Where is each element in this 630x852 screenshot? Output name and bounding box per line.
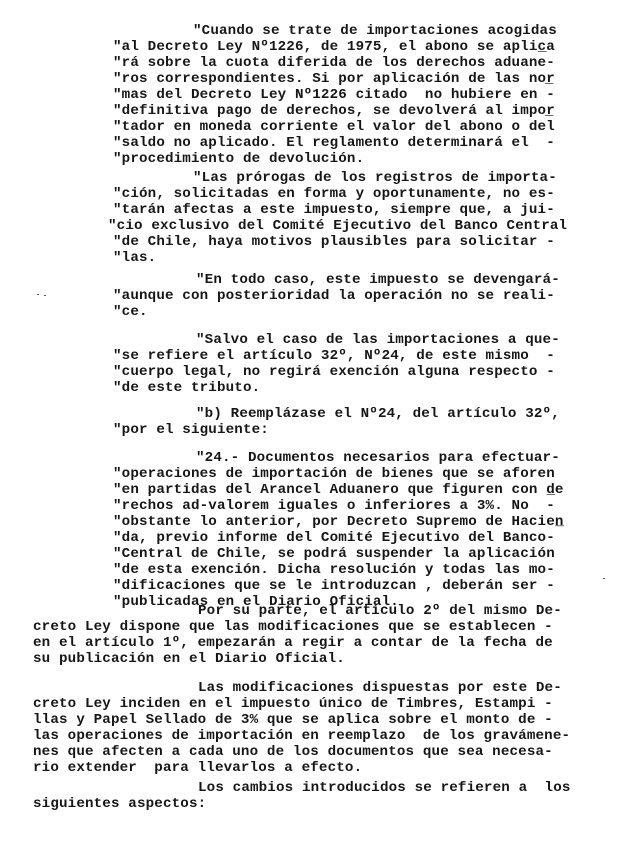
paragraph-8-line-5: nes que afecten a cada uno de los docume…	[33, 744, 553, 760]
paragraph-1-line-9: "procedimiento de devolución.	[113, 151, 364, 167]
paragraph-1-line-1: "Cuando se trate de importaciones acogid…	[193, 23, 557, 39]
paragraph-6-line-3: "en partidas del Arancel Aduanero que fi…	[113, 482, 564, 498]
paragraph-1-line-5: "mas del Decreto Ley Nº1226 citado no hu…	[113, 87, 555, 103]
paragraph-8-line-4: las operaciones de importación en reempl…	[33, 728, 570, 744]
paragraph-7-line-1: Por su parte, el artículo 2º del mismo D…	[198, 603, 562, 619]
paragraph-1-line-6: "definitiva pago de derechos, se devolve…	[113, 103, 555, 119]
paragraph-6-line-1: "24.- Documentos necesarios para efectua…	[196, 450, 560, 466]
paragraph-6-line-9: "dificaciones que se le introduzcan , de…	[113, 578, 555, 594]
paragraph-6-line-7: "Central de Chile, se podrá suspender la…	[113, 546, 555, 562]
paragraph-3-line-2: "aunque con posterioridad la operación n…	[113, 288, 555, 304]
paragraph-4-line-4: "de este tributo.	[113, 380, 260, 396]
paragraph-2-line-4: "cio exclusivo del Comité Ejecutivo del …	[108, 218, 567, 234]
paragraph-3-line-1: "En todo caso, este impuesto se devengar…	[196, 272, 560, 288]
paragraph-7-line-3: en el artículo 1º, empezarán a regir a c…	[33, 635, 553, 651]
paragraph-1-line-3: "rá sobre la cuota diferida de los derec…	[113, 55, 555, 71]
paragraph-1-line-8: "saldo no aplicado. El reglamento determ…	[113, 135, 555, 151]
paragraph-4-line-1: "Salvo el caso de las importaciones a qu…	[196, 332, 560, 348]
paragraph-2-line-6: "las.	[113, 250, 156, 266]
paragraph-6-line-6: "da, previo informe del Comité Ejecutivo…	[113, 530, 555, 546]
paragraph-1-line-4: "ros correspondientes. Si por aplicación…	[113, 71, 555, 87]
paragraph-2-line-2: "ción, solicitadas en forma y oportuname…	[113, 186, 555, 202]
scan-speck	[37, 294, 39, 295]
paragraph-8-line-3: llas y Papel Sellado de 3% que se aplica…	[33, 712, 553, 728]
paragraph-9-line-2: siguientes aspectos:	[33, 796, 206, 812]
paragraph-5-line-1: "b) Reemplázase el Nº24, del artículo 32…	[196, 406, 560, 422]
paragraph-4-line-3: "cuerpo legal, no regirá exención alguna…	[113, 364, 555, 380]
paragraph-2-line-1: "Las prórogas de los registros de import…	[193, 170, 557, 186]
paragraph-6-line-4: "rechos ad-valorem iguales o inferiores …	[113, 498, 555, 514]
paragraph-4-line-2: "se refiere el artículo 32º, Nº24, de es…	[113, 348, 555, 364]
paragraph-7-line-2: creto Ley dispone que las modificaciones…	[33, 619, 553, 635]
paragraph-1-line-2: "al Decreto Ley Nº1226, de 1975, el abon…	[113, 39, 555, 55]
paragraph-6-line-5: "obstante lo anterior, por Decreto Supre…	[113, 514, 564, 530]
scan-speck	[603, 578, 605, 579]
paragraph-8-line-2: creto Ley inciden en el impuesto único d…	[33, 696, 553, 712]
paragraph-2-line-3: "tarán afectas a este impuesto, siempre …	[113, 202, 555, 218]
paragraph-2-line-5: "de Chile, haya motivos plausibles para …	[113, 234, 555, 250]
paragraph-3-line-3: "ce.	[113, 304, 148, 320]
paragraph-8-line-6: rio extender para llevarlos a efecto.	[33, 760, 362, 776]
paragraph-1-line-7: "tador en moneda corriente el valor del …	[113, 119, 555, 135]
paragraph-6-line-8: "de esta exención. Dicha resolución y to…	[113, 562, 555, 578]
typewritten-page: "Cuando se trate de importaciones acogid…	[0, 0, 630, 852]
scan-speck	[44, 295, 46, 296]
paragraph-6-line-2: "operaciones de importación de bienes qu…	[113, 466, 555, 482]
paragraph-7-line-4: su publicación en el Diario Oficial.	[33, 651, 345, 667]
paragraph-5-line-2: "por el siguiente:	[113, 422, 269, 438]
paragraph-8-line-1: Las modificaciones dispuestas por este D…	[198, 680, 562, 696]
paragraph-9-line-1: Los cambios introducidos se refieren a l…	[198, 780, 571, 796]
